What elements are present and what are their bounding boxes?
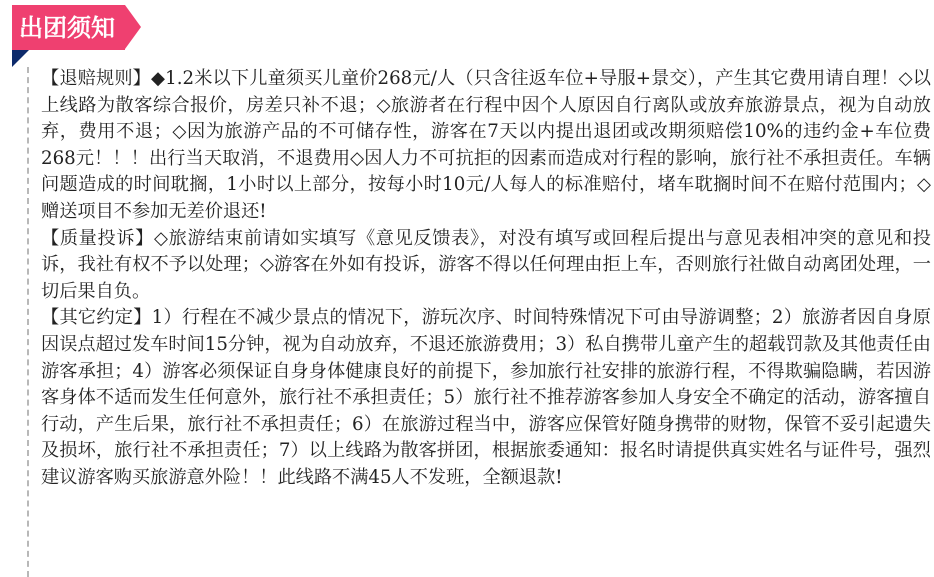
tag-fold-icon: [12, 50, 29, 67]
notice-content: 【退赔规则】◆1.2米以下儿童须买儿童价268元/人（只含往返车位+导服+景交）…: [41, 66, 931, 492]
section-tag: 出团须知: [12, 5, 125, 50]
timeline-dashed-line: [27, 67, 29, 577]
section-title: 出团须知: [19, 13, 115, 43]
paragraph-quality-complaints: 【质量投诉】◇旅游结束前请如实填写《意见反馈表》，对没有填写或回程后提出与意见表…: [41, 226, 931, 306]
paragraph-text: 1）行程在不减少景点的情况下，游玩次序、时间特殊情况下可由导游调整；2）旅游者因…: [41, 307, 931, 488]
paragraph-text: ◇旅游结束前请如实填写《意见反馈表》，对没有填写或回程后提出与意见表相冲突的意见…: [41, 228, 931, 302]
paragraph-heading: 【质量投诉】: [41, 228, 154, 249]
paragraph-refund-rules: 【退赔规则】◆1.2米以下儿童须买儿童价268元/人（只含往返车位+导服+景交）…: [41, 66, 931, 226]
paragraph-other-terms: 【其它约定】1）行程在不减少景点的情况下，游玩次序、时间特殊情况下可由导游调整；…: [41, 305, 931, 491]
paragraph-text: ◆1.2米以下儿童须买儿童价268元/人（只含往返车位+导服+景交），产生其它费…: [41, 68, 931, 222]
paragraph-heading: 【其它约定】: [41, 307, 152, 328]
tag-arrow-icon: [125, 5, 141, 49]
paragraph-heading: 【退赔规则】: [41, 68, 151, 89]
